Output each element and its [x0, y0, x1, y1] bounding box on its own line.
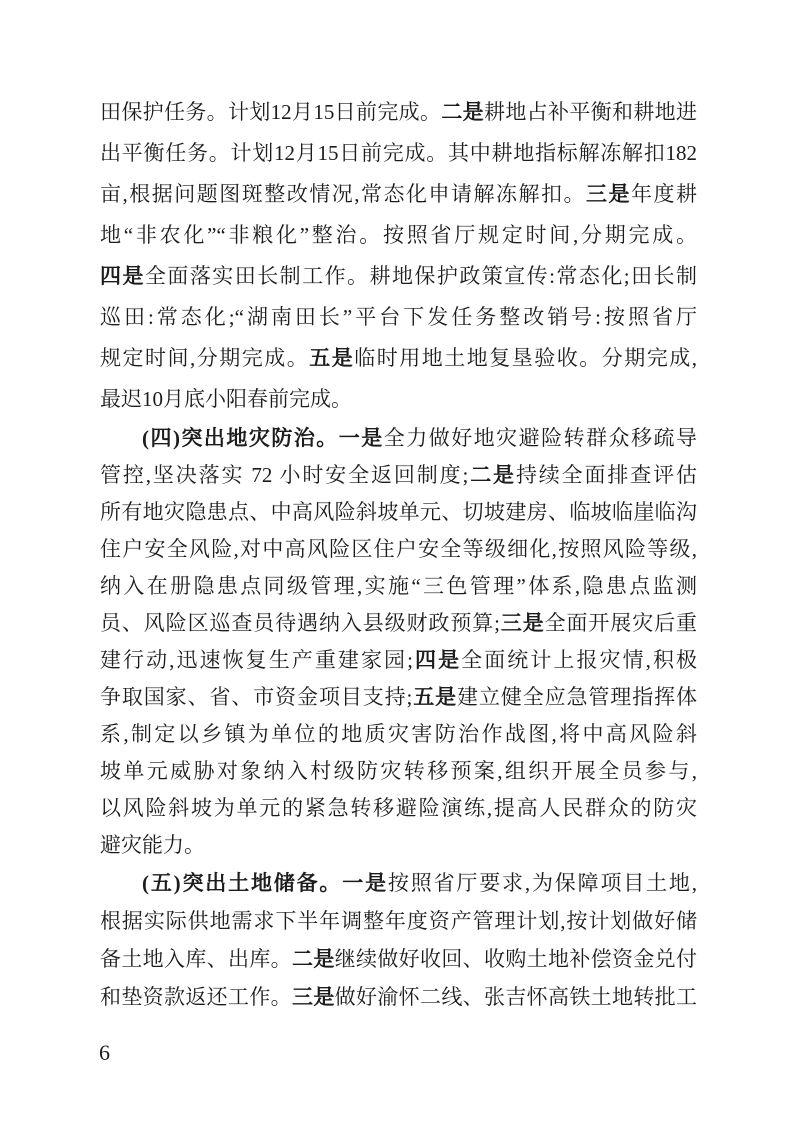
text-line: 根据实际供地需求下半年调整年度资产管理计划,按计划做好储: [100, 902, 697, 940]
body-text: 管控,坚决落实 72 小时安全返回制度;: [100, 463, 468, 487]
emphasis-text: 二是: [292, 947, 335, 971]
body-text: 住户安全风险,对中高风险区住户安全等级细化,按照风险等级,: [100, 537, 697, 561]
emphasis-text: 四是: [100, 264, 145, 288]
emphasis-text: 五是: [412, 685, 457, 709]
body-text: 巡田:常态化;“湖南田长”平台下发任务整改销号:按照省厅: [100, 305, 697, 329]
emphasis-text: 二是: [468, 463, 516, 487]
emphasis-text: 五是: [309, 346, 354, 370]
body-text: 耕地占补平衡和耕地进: [484, 100, 697, 124]
paragraph-land-reserve: (五)突出土地储备。一是按照省厅要求,为保障项目土地,根据实际供地需求下半年调整…: [100, 864, 697, 1016]
text-line: 所有地灾隐患点、中高风险斜坡单元、切坡建房、临坡临崖临沟: [100, 494, 697, 531]
body-text: 地“非农化”“非粮化”整治。按照省厅规定时间,分期完成。: [100, 223, 697, 247]
text-line: (五)突出土地储备。一是按照省厅要求,为保障项目土地,: [100, 864, 697, 902]
emphasis-text: (五)突出土地储备。一是: [142, 871, 388, 895]
emphasis-text: 二是: [441, 100, 484, 124]
body-text: 员、风险区巡查员待遇纳入县级财政预算;: [100, 611, 500, 635]
text-line: 争取国家、省、市资金项目支持;五是建立健全应急管理指挥体: [100, 679, 697, 716]
text-line: 纳入在册隐患点同级管理,实施“三色管理”体系,隐患点监测: [100, 568, 697, 605]
body-text: 建行动,迅速恢复生产重建家园;: [100, 648, 413, 672]
emphasis-text: 三是: [292, 985, 335, 1009]
body-text: 临时用地土地复垦验收。分期完成,: [354, 346, 697, 370]
emphasis-text: 四是: [413, 648, 461, 672]
body-text: 全面落实田长制工作。耕地保护政策宣传:常态化;田长制: [145, 264, 697, 288]
body-text: 争取国家、省、市资金项目支持;: [100, 685, 412, 709]
body-text: 全面开展灾后重: [545, 611, 697, 635]
body-text: 出平衡任务。计划12月15日前完成。其中耕地指标解冻解扣182: [100, 141, 697, 165]
text-line: 住户安全风险,对中高风险区住户安全等级细化,按照风险等级,: [100, 531, 697, 568]
body-text: 以风险斜坡为单元的紧急转移避险演练,提高人民群众的防灾: [100, 796, 697, 820]
body-text: 根据实际供地需求下半年调整年度资产管理计划,按计划做好储: [100, 909, 697, 933]
body-text: 建立健全应急管理指挥体: [457, 685, 697, 709]
emphasis-text: (四)突出地灾防治。一是: [142, 426, 384, 450]
text-line: 最迟10月底小阳春前完成。: [100, 379, 697, 420]
document-body: 田保护任务。计划12月15日前完成。二是耕地占补平衡和耕地进出平衡任务。计划12…: [100, 92, 697, 1016]
text-line: 建行动,迅速恢复生产重建家园;四是全面统计上报灾情,积极: [100, 642, 697, 679]
body-text: 持续全面排查评估: [516, 463, 697, 487]
body-text: 和垫资款返还工作。: [100, 985, 292, 1009]
body-text: 系,制定以乡镇为单位的地质灾害防治作战图,将中高风险斜: [100, 722, 697, 746]
text-line: 避灾能力。: [100, 827, 697, 864]
body-text: 田保护任务。计划12月15日前完成。: [100, 100, 441, 124]
emphasis-text: 三是: [586, 182, 631, 206]
text-line: 巡田:常态化;“湖南田长”平台下发任务整改销号:按照省厅: [100, 297, 697, 338]
text-line: 规定时间,分期完成。五是临时用地土地复垦验收。分期完成,: [100, 338, 697, 379]
text-line: 以风险斜坡为单元的紧急转移避险演练,提高人民群众的防灾: [100, 790, 697, 827]
text-line: (四)突出地灾防治。一是全力做好地灾避险转群众移疏导: [100, 420, 697, 457]
body-text: 全力做好地灾避险转群众移疏导: [384, 426, 697, 450]
body-text: 避灾能力。: [100, 833, 205, 857]
document-page: 田保护任务。计划12月15日前完成。二是耕地占补平衡和耕地进出平衡任务。计划12…: [0, 0, 793, 1122]
body-text: 亩,根据问题图斑整改情况,常态化申请解冻解扣。: [100, 182, 586, 206]
body-text: 纳入在册隐患点同级管理,实施“三色管理”体系,隐患点监测: [100, 574, 697, 598]
text-line: 管控,坚决落实 72 小时安全返回制度;二是持续全面排查评估: [100, 457, 697, 494]
emphasis-text: 三是: [500, 611, 545, 635]
body-text: 全面统计上报灾情,积极: [461, 648, 697, 672]
text-line: 亩,根据问题图斑整改情况,常态化申请解冻解扣。三是年度耕: [100, 174, 697, 215]
paragraph-farmland-protection-continued: 田保护任务。计划12月15日前完成。二是耕地占补平衡和耕地进出平衡任务。计划12…: [100, 92, 697, 420]
body-text: 所有地灾隐患点、中高风险斜坡单元、切坡建房、临坡临崖临沟: [100, 500, 697, 524]
body-text: 最迟10月底小阳春前完成。: [100, 387, 352, 411]
text-line: 四是全面落实田长制工作。耕地保护政策宣传:常态化;田长制: [100, 256, 697, 297]
body-text: 做好渝怀二线、张吉怀高铁土地转批工: [335, 985, 697, 1009]
text-line: 备土地入库、出库。二是继续做好收回、收购土地补偿资金兑付: [100, 940, 697, 978]
text-line: 坡单元威胁对象纳入村级防灾转移预案,组织开展全员参与,: [100, 753, 697, 790]
body-text: 坡单元威胁对象纳入村级防灾转移预案,组织开展全员参与,: [100, 759, 697, 783]
text-line: 和垫资款返还工作。三是做好渝怀二线、张吉怀高铁土地转批工: [100, 978, 697, 1016]
text-line: 田保护任务。计划12月15日前完成。二是耕地占补平衡和耕地进: [100, 92, 697, 133]
paragraph-geohazard-prevention: (四)突出地灾防治。一是全力做好地灾避险转群众移疏导管控,坚决落实 72 小时安…: [100, 420, 697, 864]
body-text: 备土地入库、出库。: [100, 947, 292, 971]
body-text: 按照省厅要求,为保障项目土地,: [388, 871, 697, 895]
text-line: 出平衡任务。计划12月15日前完成。其中耕地指标解冻解扣182: [100, 133, 697, 174]
body-text: 年度耕: [631, 182, 697, 206]
page-number: 6: [99, 1040, 110, 1066]
text-line: 系,制定以乡镇为单位的地质灾害防治作战图,将中高风险斜: [100, 716, 697, 753]
text-line: 地“非农化”“非粮化”整治。按照省厅规定时间,分期完成。: [100, 215, 697, 256]
body-text: 规定时间,分期完成。: [100, 346, 309, 370]
text-line: 员、风险区巡查员待遇纳入县级财政预算;三是全面开展灾后重: [100, 605, 697, 642]
body-text: 继续做好收回、收购土地补偿资金兑付: [335, 947, 697, 971]
